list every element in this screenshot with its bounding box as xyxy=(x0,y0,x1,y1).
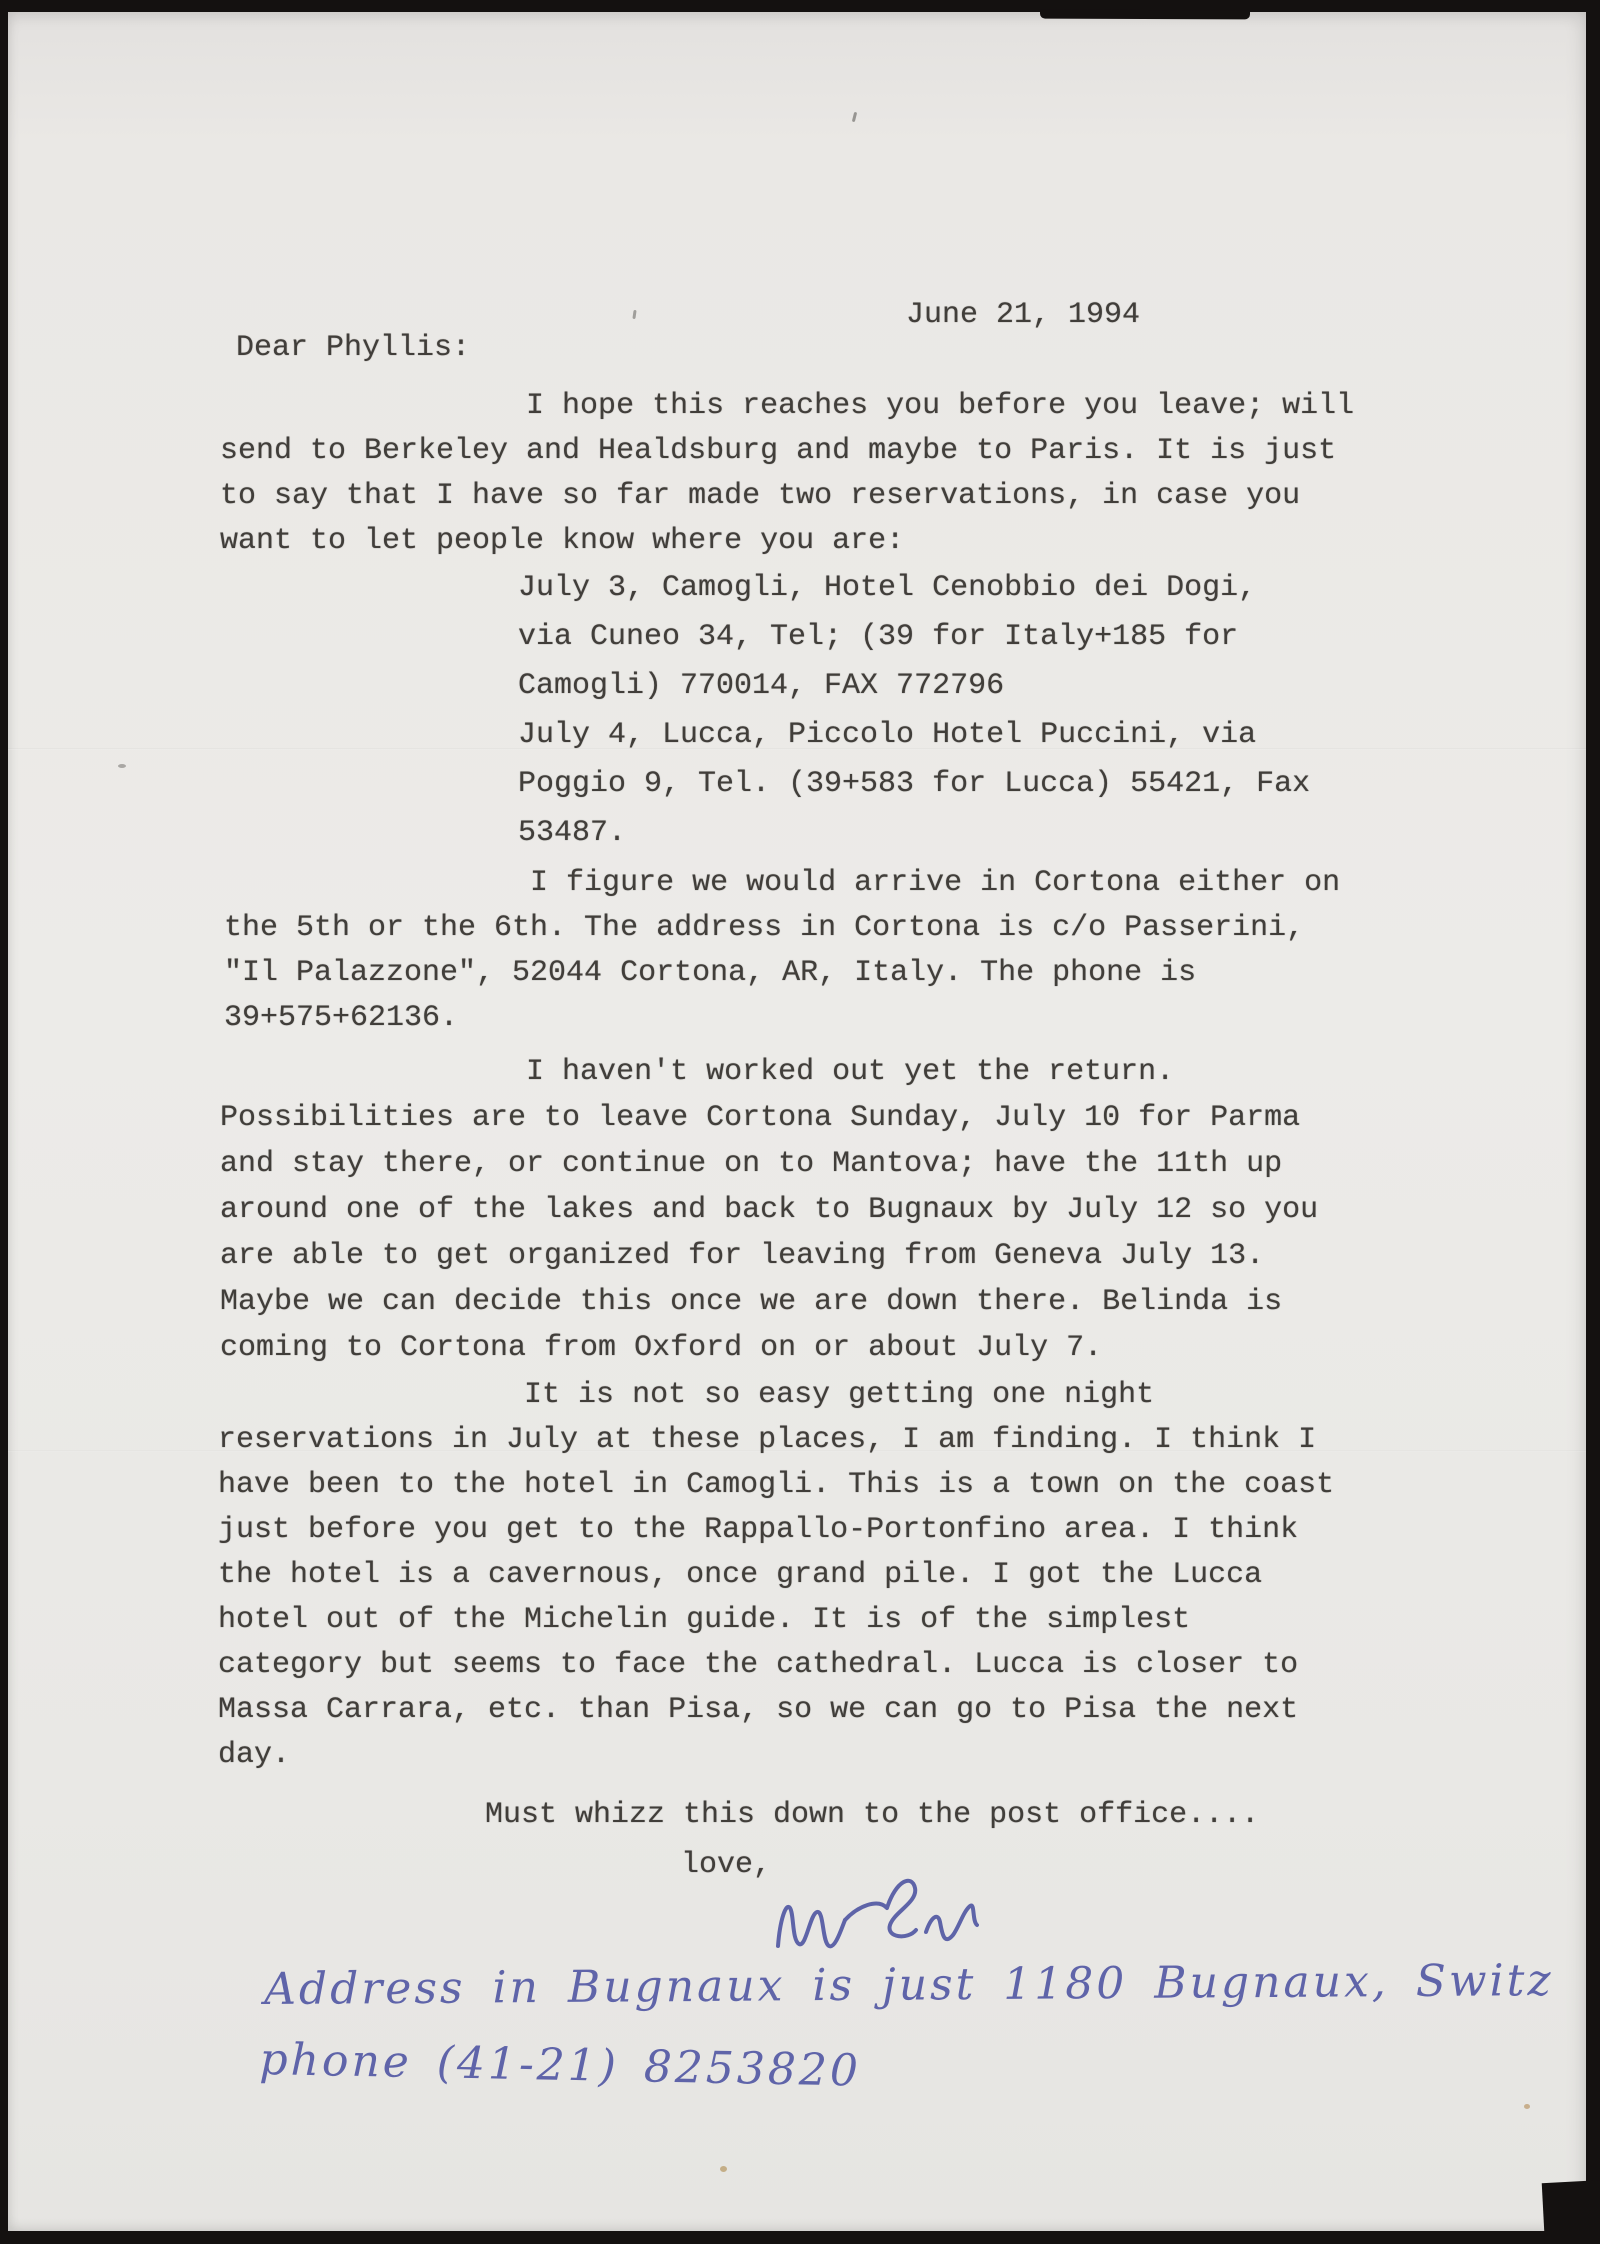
letter-valediction: love, xyxy=(681,1843,771,1888)
scan-speck xyxy=(632,310,636,319)
scan-speck xyxy=(118,764,126,768)
letter-salutation: Dear Phyllis: xyxy=(236,326,470,371)
letter-paragraph-hotels: It is not so easy getting one night rese… xyxy=(218,1373,1334,1778)
scan-edge-artifact xyxy=(1542,2180,1600,2244)
scan-speck xyxy=(1524,2104,1530,2109)
scanned-letter: June 21, 1994 Dear Phyllis: I hope this … xyxy=(0,0,1600,2244)
letter-paragraph-intro: I hope this reaches you before you leave… xyxy=(220,384,1354,564)
letter-paragraph-return: I haven't worked out yet the return. Pos… xyxy=(220,1049,1318,1371)
handwritten-note-line1: Address in Bugnaux is just 1180 Bugnaux,… xyxy=(264,1955,1554,2015)
letter-reservations-block: July 3, Camogli, Hotel Cenobbio dei Dogi… xyxy=(518,564,1310,858)
scan-speck xyxy=(852,112,857,122)
letter-paragraph-cortona: I figure we would arrive in Cortona eith… xyxy=(224,861,1340,1041)
scan-speck xyxy=(720,2166,727,2172)
scan-edge-artifact xyxy=(1040,10,1250,20)
letter-paper: June 21, 1994 Dear Phyllis: I hope this … xyxy=(8,12,1586,2231)
handwritten-note-line2: phone (41-21) 8253820 xyxy=(259,2034,861,2097)
letter-date: June 21, 1994 xyxy=(906,293,1140,338)
letter-closing-line: Must whizz this down to the post office.… xyxy=(485,1793,1259,1838)
